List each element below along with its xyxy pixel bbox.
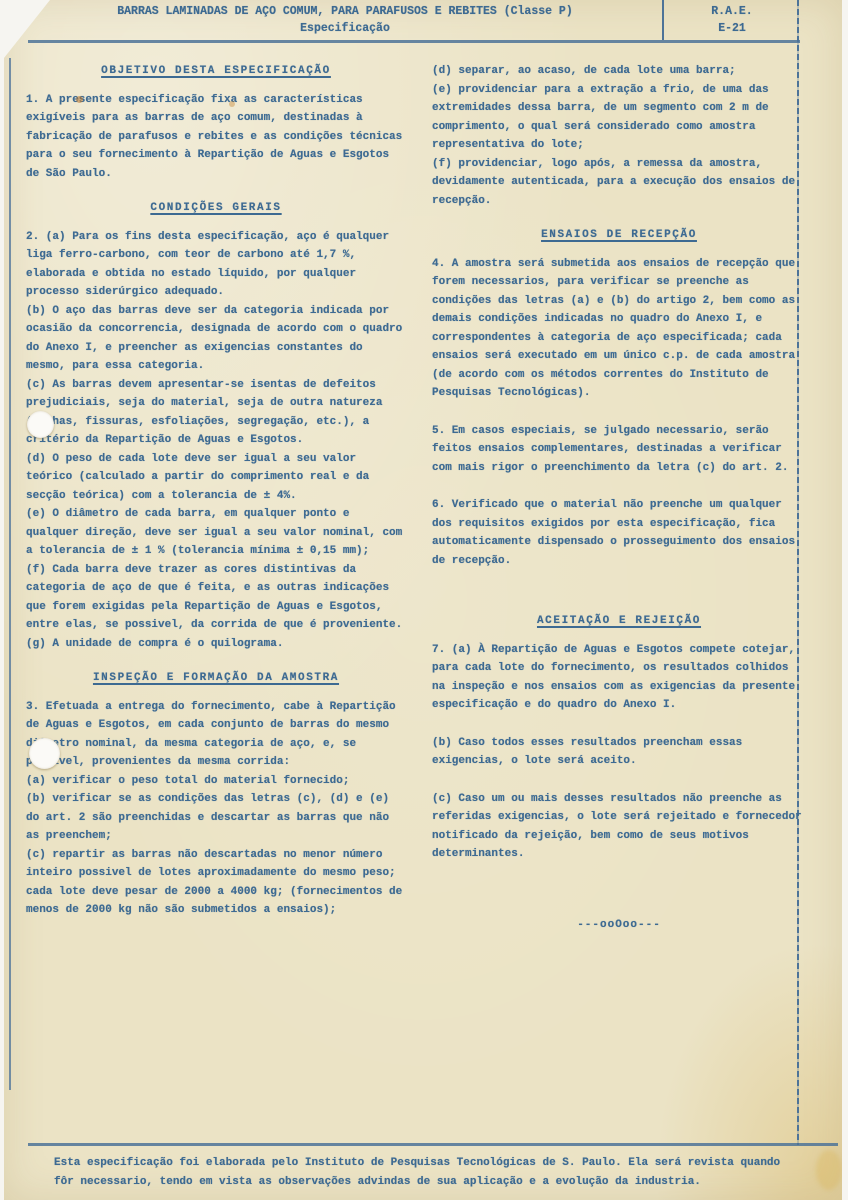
document-title: BARRAS LAMINADAS DE AÇO COMUM, PARA PARA…: [28, 3, 662, 20]
clause-2e: (e) O diâmetro de cada barra, em qualque…: [26, 505, 406, 561]
paper-speck: [229, 101, 235, 107]
clause-7a: 7. (a) À Repartição de Aguas e Esgotos c…: [432, 641, 806, 715]
clause-4: 4. A amostra será submetida aos ensaios …: [432, 255, 806, 403]
punch-hole-bottom: [29, 738, 60, 769]
document-body: OBJETIVO DESTA ESPECIFICAÇÃO 1. A presen…: [26, 50, 806, 934]
clause-3e: (e) providenciar para a extração a frio,…: [432, 81, 806, 155]
clause-7b: (b) Caso todos esses resultados preencha…: [432, 734, 806, 771]
document-title-block: BARRAS LAMINADAS DE AÇO COMUM, PARA PARA…: [28, 0, 662, 40]
clause-2a: 2. (a) Para os fins desta especificação,…: [26, 228, 406, 302]
reference-code-number: E-21: [664, 20, 800, 37]
section-heading-inspecao: INSPEÇÃO E FORMAÇÃO DA AMOSTRA: [26, 669, 406, 688]
clause-5: 5. Em casos especiais, se julgado necess…: [432, 422, 806, 478]
scanned-document-page: { "colors":{"paper":"#ebe3c5","ink":"#3d…: [0, 0, 848, 1200]
end-of-text-ornament: ---ooOoo---: [432, 916, 806, 935]
clause-3a: (a) verificar o peso total do material f…: [26, 772, 406, 791]
footer-line-2: fôr necessario, tendo em vista as observ…: [54, 1173, 816, 1192]
reference-code-box: R.A.E. E-21: [662, 0, 800, 40]
document-header: BARRAS LAMINADAS DE AÇO COMUM, PARA PARA…: [28, 0, 800, 40]
right-column: (d) separar, ao acaso, de cada lote uma …: [432, 50, 806, 934]
section-heading-objetivo: OBJETIVO DESTA ESPECIFICAÇÃO: [26, 62, 406, 81]
left-border-rule: [9, 58, 11, 1090]
paper-sheet: BARRAS LAMINADAS DE AÇO COMUM, PARA PARA…: [4, 0, 842, 1200]
rust-stain: [76, 96, 83, 103]
section-heading-ensaios: ENSAIOS DE RECEPÇÃO: [432, 226, 806, 245]
document-footer: Esta especificação foi elaborada pelo In…: [54, 1154, 816, 1192]
section-heading-condicoes-gerais: CONDIÇÕES GERAIS: [26, 199, 406, 218]
clause-2f: (f) Cada barra deve trazer as cores dist…: [26, 561, 406, 635]
clause-6: 6. Verificado que o material não preench…: [432, 496, 806, 570]
clause-3c: (c) repartir as barras não descartadas n…: [26, 846, 406, 920]
footer-line-1: Esta especificação foi elaborada pelo In…: [54, 1154, 816, 1173]
header-divider-rule: [28, 40, 800, 43]
clause-2g: (g) A unidade de compra é o quilograma.: [26, 635, 406, 654]
corner-stain: [816, 1150, 842, 1190]
left-column: OBJETIVO DESTA ESPECIFICAÇÃO 1. A presen…: [26, 50, 406, 934]
footer-divider-rule: [28, 1143, 838, 1146]
clause-1: 1. A presente especificação fixa as cara…: [26, 91, 406, 184]
clause-2b: (b) O aço das barras deve ser da categor…: [26, 302, 406, 376]
clause-2c: (c) As barras devem apresentar-se isenta…: [26, 376, 406, 450]
clause-3d: (d) separar, ao acaso, de cada lote uma …: [432, 62, 806, 81]
reference-code-org: R.A.E.: [664, 3, 800, 20]
clause-7c: (c) Caso um ou mais desses resultados nã…: [432, 790, 806, 864]
punch-hole-top: [27, 411, 54, 438]
clause-3f: (f) providenciar, logo após, a remessa d…: [432, 155, 806, 211]
section-heading-aceitacao: ACEITAÇÃO E REJEIÇÃO: [432, 612, 806, 631]
clause-2d: (d) O peso de cada lote deve ser igual a…: [26, 450, 406, 506]
document-subtitle: Especificação: [28, 20, 662, 37]
clause-3: 3. Efetuada a entrega do fornecimento, c…: [26, 698, 406, 772]
clause-3b: (b) verificar se as condições das letras…: [26, 790, 406, 846]
